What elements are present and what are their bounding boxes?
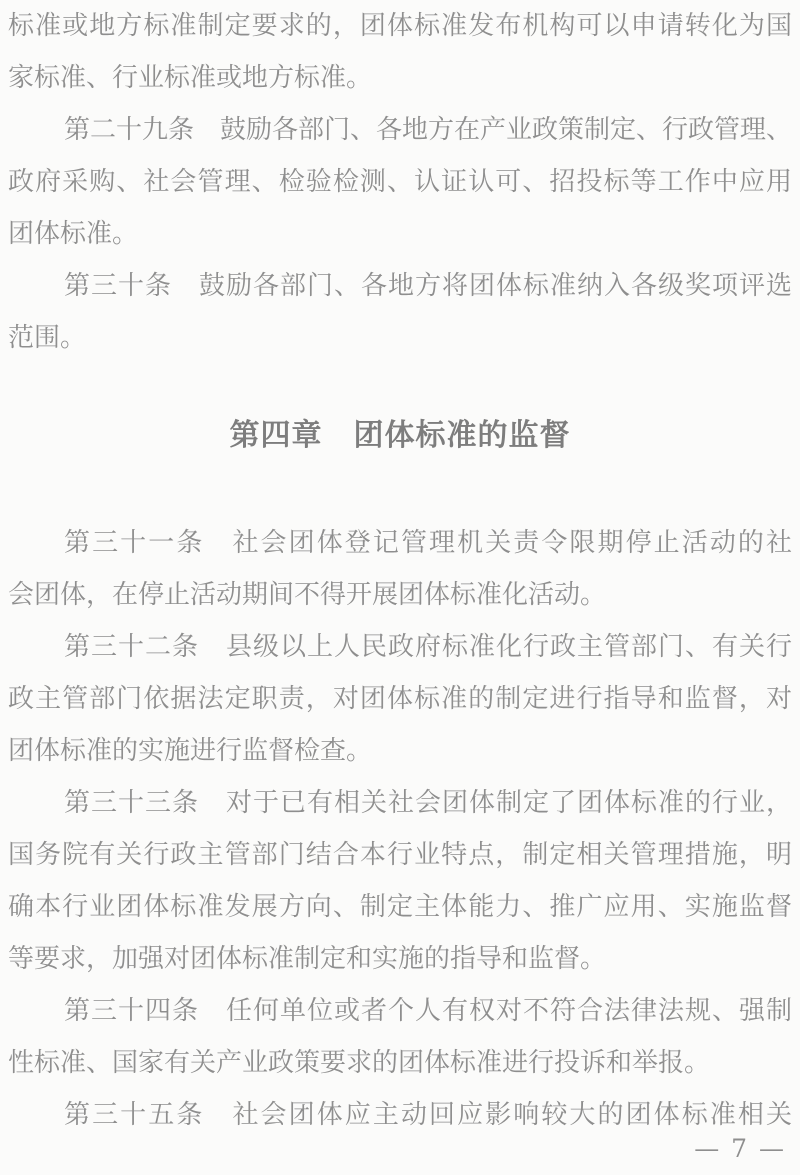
text-line: 国务院有关行政主管部门结合本行业特点，制定相关管理措施，明 [8,829,792,881]
text-line: 家标准、行业标准或地方标准。 [8,52,792,104]
text-line: 第三十一条 社会团体登记管理机关责令限期停止活动的社 [8,517,792,569]
text-line: 标准或地方标准制定要求的，团体标准发布机构可以申请转化为国 [8,0,792,52]
text-line: 范围。 [8,312,792,364]
text-line: 团体标准的实施进行监督检查。 [8,725,792,777]
text-line: 第三十条 鼓励各部门、各地方将团体标准纳入各级奖项评选 [8,260,792,312]
text-line: 政府采购、社会管理、检验检测、认证认可、招投标等工作中应用 [8,156,792,208]
chapter-heading: 第四章 团体标准的监督 [8,410,792,462]
text-block: 标准或地方标准制定要求的，团体标准发布机构可以申请转化为国家标准、行业标准或地方… [8,0,792,1141]
document-page: 标准或地方标准制定要求的，团体标准发布机构可以申请转化为国家标准、行业标准或地方… [0,0,800,1175]
text-line: 性标准、国家有关产业政策要求的团体标准进行投诉和举报。 [8,1037,792,1089]
page-number: — 7 — [694,1134,786,1163]
text-line: 第三十五条 社会团体应主动回应影响较大的团体标准相关 [8,1089,792,1141]
text-line: 第三十二条 县级以上人民政府标准化行政主管部门、有关行 [8,621,792,673]
text-line: 会团体，在停止活动期间不得开展团体标准化活动。 [8,569,792,621]
text-line: 团体标准。 [8,208,792,260]
text-line: 第二十九条 鼓励各部门、各地方在产业政策制定、行政管理、 [8,104,792,156]
text-line: 第三十四条 任何单位或者个人有权对不符合法律法规、强制 [8,985,792,1037]
text-line: 确本行业团体标准发展方向、制定主体能力、推广应用、实施监督 [8,881,792,933]
text-line: 第三十三条 对于已有相关社会团体制定了团体标准的行业， [8,777,792,829]
text-line: 政主管部门依据法定职责，对团体标准的制定进行指导和监督，对 [8,673,792,725]
text-line: 等要求，加强对团体标准制定和实施的指导和监督。 [8,933,792,985]
